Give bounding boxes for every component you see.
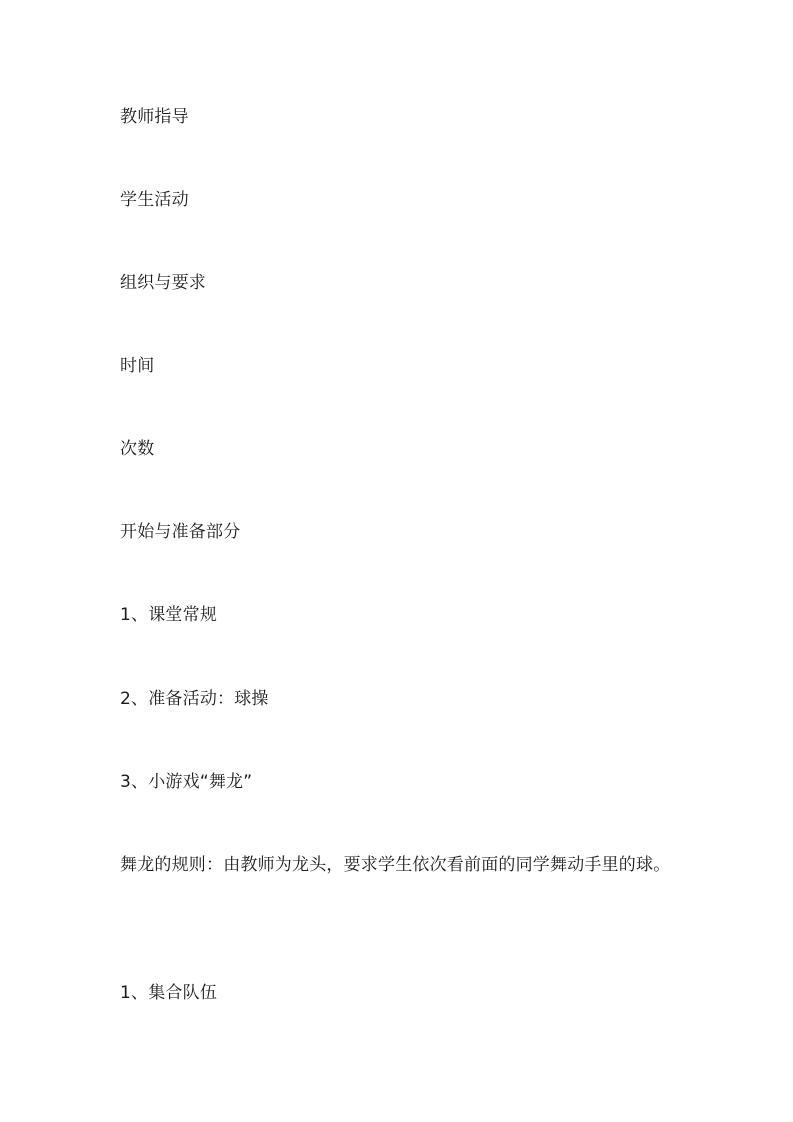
document-page: 教师指导 学生活动 组织与要求 时间 次数 开始与准备部分 1、课堂常规 2、准… [0,0,793,1122]
heading-organization-requirements: 组织与要求 [120,272,206,294]
section-start-and-preparation: 开始与准备部分 [120,521,240,543]
heading-time: 时间 [120,355,154,377]
heading-teacher-guidance: 教师指导 [120,106,189,128]
dragon-dance-rules-paragraph: 舞龙的规则：由教师为龙头，要求学生依次看前面的同学舞动手里的球。 [120,844,680,886]
heading-student-activity: 学生活动 [120,189,189,211]
list-item-assemble-team: 1、集合队伍 [120,982,217,1004]
list-item-class-routine: 1、课堂常规 [120,604,217,626]
list-item-dragon-dance-game: 3、小游戏“舞龙” [120,771,252,793]
heading-count: 次数 [120,438,154,460]
list-item-warmup-ball-exercise: 2、准备活动：球操 [120,688,269,710]
